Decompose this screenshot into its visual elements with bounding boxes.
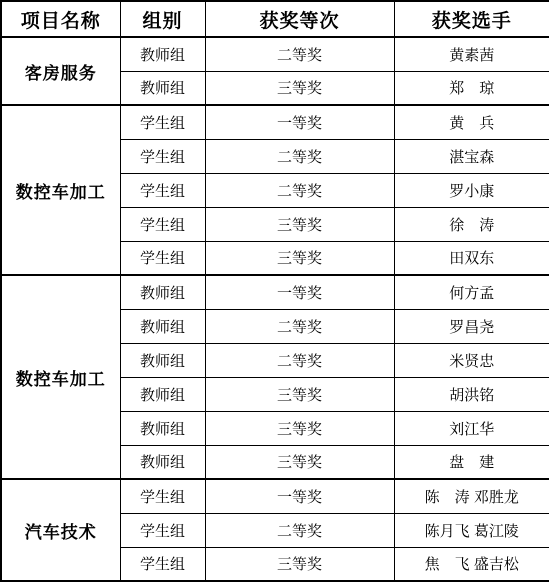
winner-cell: 盘 建 (394, 445, 549, 479)
award-cell: 二等奖 (205, 343, 394, 377)
award-cell: 三等奖 (205, 411, 394, 445)
header-award-level: 获奖等次 (205, 1, 394, 37)
project-name-cell: 数控车加工 (1, 275, 120, 479)
winner-cell: 胡洪铭 (394, 377, 549, 411)
award-cell: 一等奖 (205, 479, 394, 513)
award-cell: 二等奖 (205, 37, 394, 71)
group-cell: 学生组 (120, 547, 205, 581)
group-cell: 学生组 (120, 207, 205, 241)
award-cell: 三等奖 (205, 71, 394, 105)
award-cell: 二等奖 (205, 139, 394, 173)
winner-cell: 徐 涛 (394, 207, 549, 241)
header-project-name: 项目名称 (1, 1, 120, 37)
header-winner: 获奖选手 (394, 1, 549, 37)
winner-cell: 焦 飞 盛吉松 (394, 547, 549, 581)
project-name-cell: 客房服务 (1, 37, 120, 105)
table-row: 客房服务教师组二等奖黄素茜 (1, 37, 549, 71)
award-cell: 二等奖 (205, 173, 394, 207)
awards-table-header: 项目名称 组别 获奖等次 获奖选手 (1, 1, 549, 37)
award-cell: 三等奖 (205, 207, 394, 241)
winner-cell: 刘江华 (394, 411, 549, 445)
award-cell: 三等奖 (205, 547, 394, 581)
table-row: 汽车技术学生组一等奖陈 涛 邓胜龙 (1, 479, 549, 513)
winner-cell: 米贤忠 (394, 343, 549, 377)
group-cell: 学生组 (120, 479, 205, 513)
group-cell: 教师组 (120, 37, 205, 71)
header-group: 组别 (120, 1, 205, 37)
awards-table-body: 客房服务教师组二等奖黄素茜教师组三等奖郑 琼数控车加工学生组一等奖黄 兵学生组二… (1, 37, 549, 581)
winner-cell: 湛宝森 (394, 139, 549, 173)
award-cell: 二等奖 (205, 309, 394, 343)
project-name-cell: 汽车技术 (1, 479, 120, 581)
winner-cell: 黄 兵 (394, 105, 549, 139)
award-cell: 三等奖 (205, 241, 394, 275)
group-cell: 学生组 (120, 241, 205, 275)
project-name-cell: 数控车加工 (1, 105, 120, 275)
award-cell: 一等奖 (205, 105, 394, 139)
header-row: 项目名称 组别 获奖等次 获奖选手 (1, 1, 549, 37)
award-cell: 三等奖 (205, 377, 394, 411)
winner-cell: 田双东 (394, 241, 549, 275)
group-cell: 教师组 (120, 309, 205, 343)
group-cell: 教师组 (120, 445, 205, 479)
award-cell: 二等奖 (205, 513, 394, 547)
winner-cell: 陈 涛 邓胜龙 (394, 479, 549, 513)
group-cell: 教师组 (120, 411, 205, 445)
winner-cell: 陈月飞 葛江陵 (394, 513, 549, 547)
group-cell: 教师组 (120, 343, 205, 377)
winner-cell: 郑 琼 (394, 71, 549, 105)
group-cell: 教师组 (120, 71, 205, 105)
winner-cell: 何方孟 (394, 275, 549, 309)
award-cell: 一等奖 (205, 275, 394, 309)
table-row: 数控车加工教师组一等奖何方孟 (1, 275, 549, 309)
winner-cell: 黄素茜 (394, 37, 549, 71)
group-cell: 学生组 (120, 513, 205, 547)
group-cell: 学生组 (120, 139, 205, 173)
awards-table: 项目名称 组别 获奖等次 获奖选手 客房服务教师组二等奖黄素茜教师组三等奖郑 琼… (0, 0, 549, 582)
group-cell: 学生组 (120, 173, 205, 207)
group-cell: 教师组 (120, 377, 205, 411)
winner-cell: 罗小康 (394, 173, 549, 207)
award-cell: 三等奖 (205, 445, 394, 479)
group-cell: 学生组 (120, 105, 205, 139)
table-row: 数控车加工学生组一等奖黄 兵 (1, 105, 549, 139)
winner-cell: 罗昌尧 (394, 309, 549, 343)
group-cell: 教师组 (120, 275, 205, 309)
